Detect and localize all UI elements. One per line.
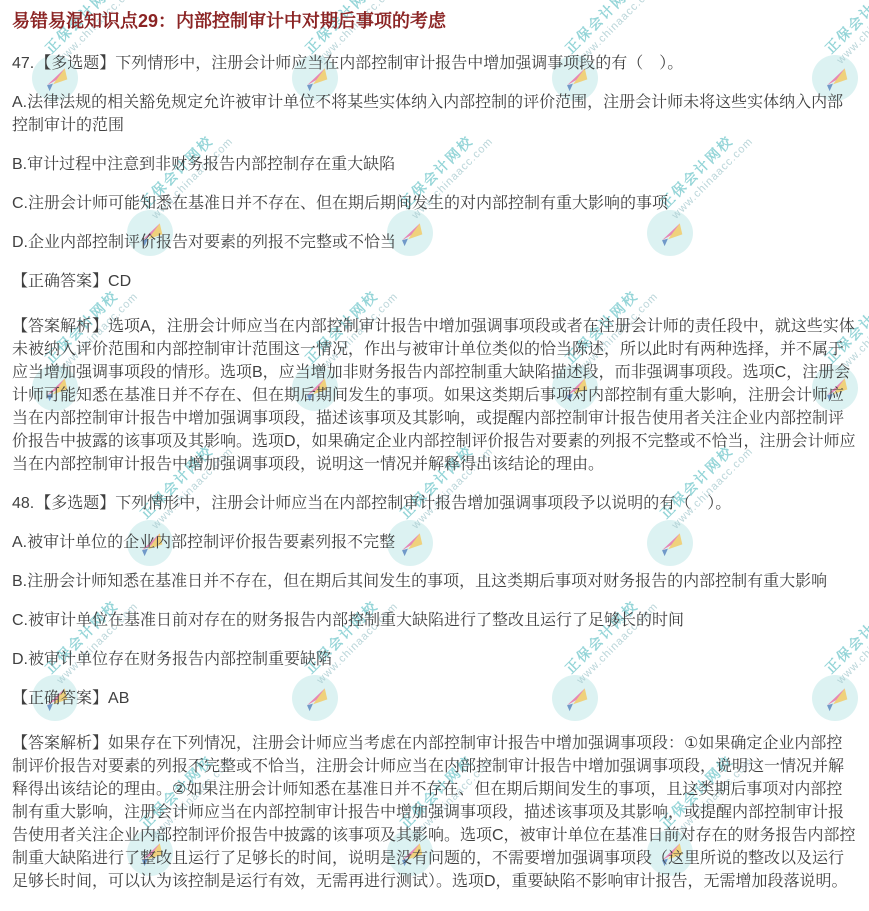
option-b: B.审计过程中注意到非财务报告内部控制存在重大缺陷 [12, 153, 857, 176]
option-b: B.注册会计师知悉在基准日并不存在，但在期后其间发生的事项，且这类期后事项对财务… [12, 570, 857, 593]
option-d: D.企业内部控制评价报告对要素的列报不完整或不恰当 [12, 231, 857, 254]
question-47: 47.【多选题】下列情形中，注册会计师应当在内部控制审计报告中增加强调事项段的有… [12, 52, 857, 476]
correct-answer: 【正确答案】AB [12, 687, 857, 710]
question-48: 48.【多选题】下列情形中，注册会计师应当在内部控制审计报告增加强调事项段予以说… [12, 492, 857, 893]
correct-answer: 【正确答案】CD [12, 270, 857, 293]
document-content: 易错易混知识点29：内部控制审计中对期后事项的考虑 47.【多选题】下列情形中，… [0, 0, 869, 893]
page-title: 易错易混知识点29：内部控制审计中对期后事项的考虑 [12, 9, 857, 33]
answer-value: AB [108, 690, 129, 707]
option-c: C.注册会计师可能知悉在基准日并不存在、但在期后期间发生的对内部控制有重大影响的… [12, 192, 857, 215]
document-page: 正保会计网校www.chinaacc.com正保会计网校www.chinaacc… [0, 0, 869, 911]
question-stem-text: 下列情形中，注册会计师应当在内部控制审计报告中增加强调事项段的有（ ）。 [115, 55, 683, 72]
option-a: A.被审计单位的企业内部控制评价报告要素列报不完整 [12, 531, 857, 554]
question-stem: 47.【多选题】下列情形中，注册会计师应当在内部控制审计报告中增加强调事项段的有… [12, 52, 857, 75]
question-number: 48. [12, 495, 34, 512]
question-stem: 48.【多选题】下列情形中，注册会计师应当在内部控制审计报告增加强调事项段予以说… [12, 492, 857, 515]
question-type-tag: 【多选题】 [35, 495, 115, 512]
analysis-label: 【答案解析】 [12, 318, 108, 335]
analysis-text: 如果存在下列情况，注册会计师应当考虑在内部控制审计报告中增加强调事项段：①如果确… [12, 735, 856, 890]
answer-value: CD [108, 273, 131, 290]
option-d: D.被审计单位存在财务报告内部控制重要缺陷 [12, 648, 857, 671]
question-type-tag: 【多选题】 [35, 55, 115, 72]
answer-label: 【正确答案】 [12, 273, 108, 290]
analysis-label: 【答案解析】 [12, 735, 108, 752]
option-c: C.被审计单位在基准日前对存在的财务报告内部控制重大缺陷进行了整改且运行了足够长… [12, 609, 857, 632]
question-stem-text: 下列情形中，注册会计师应当在内部控制审计报告增加强调事项段予以说明的有（ ）。 [115, 495, 731, 512]
answer-analysis: 【答案解析】如果存在下列情况，注册会计师应当考虑在内部控制审计报告中增加强调事项… [12, 732, 857, 893]
analysis-text: 选项A，注册会计师应当在内部控制审计报告中增加强调事项段或者在注册会计师的责任段… [12, 318, 856, 473]
answer-analysis: 【答案解析】选项A，注册会计师应当在内部控制审计报告中增加强调事项段或者在注册会… [12, 315, 857, 476]
option-a: A.法律法规的相关豁免规定允许被审计单位不将某些实体纳入内部控制的评价范围，注册… [12, 91, 857, 137]
answer-label: 【正确答案】 [12, 690, 108, 707]
question-number: 47. [12, 55, 34, 72]
